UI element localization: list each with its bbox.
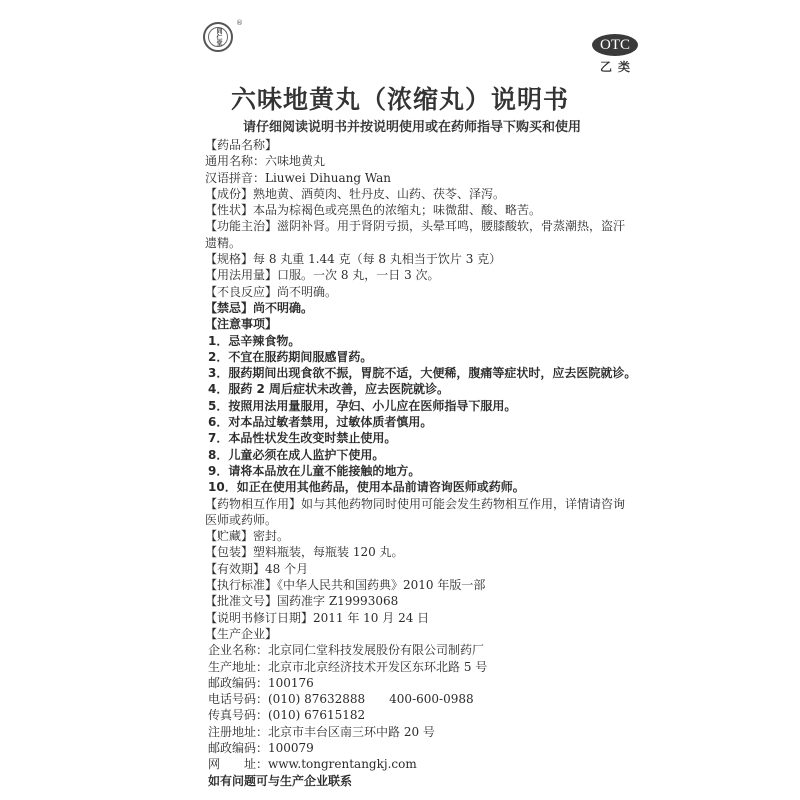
manufacturer-heading: 【生产企业】 — [205, 626, 645, 642]
ingredients: 【成份】熟地黄、酒萸肉、牡丹皮、山药、茯苓、泽泻。 — [205, 186, 645, 202]
postal-code: 邮政编码：100176 — [205, 675, 645, 691]
precaution-item: 5．按照用法用量服用，孕妇、小儿应在医师指导下服用。 — [205, 398, 645, 414]
website: 网 址：www.tongrentangkj.com — [205, 756, 645, 772]
contact-footer: 如有问题可与生产企业联系 — [205, 773, 645, 789]
precaution-item: 7．本品性状发生改变时禁止使用。 — [205, 430, 645, 446]
registered-address: 注册地址：北京市丰台区南三环中路 20 号 — [205, 724, 645, 740]
precaution-item: 2．不宜在服药期间服感冒药。 — [205, 349, 645, 365]
manufacturer-address: 生产地址：北京市北京经济技术开发区东环北路 5 号 — [205, 659, 645, 675]
properties: 【性状】本品为棕褐色或亮黑色的浓缩丸；味微甜、酸、略苦。 — [205, 202, 645, 218]
indications-line-2: 遗精。 — [205, 235, 645, 251]
generic-name: 通用名称：六味地黄丸 — [205, 153, 645, 169]
fax-number: 传真号码：(010) 67615182 — [205, 707, 645, 723]
document-title: 六味地黄丸（浓缩丸）说明书 — [0, 80, 800, 116]
phone-numbers: 电话号码：(010) 87632888 400-600-0988 — [205, 691, 645, 707]
precaution-item: 8．儿童必须在成人监护下使用。 — [205, 447, 645, 463]
pinyin-name: 汉语拼音：Liuwei Dihuang Wan — [205, 170, 645, 186]
precaution-item: 6．对本品过敏者禁用，过敏体质者慎用。 — [205, 414, 645, 430]
registered-postal-code: 邮政编码：100079 — [205, 740, 645, 756]
interactions-line-1: 【药物相互作用】如与其他药物同时使用可能会发生药物相互作用，详情请咨询 — [205, 496, 645, 512]
logo-text: 同仁堂 — [208, 27, 228, 47]
manufacturer-name: 企业名称：北京同仁堂科技发展股份有限公司制药厂 — [205, 642, 645, 658]
leaflet-body: 【药品名称】 通用名称：六味地黄丸 汉语拼音：Liuwei Dihuang Wa… — [205, 137, 645, 789]
specification: 【规格】每 8 丸重 1.44 克（每 8 丸相当于饮片 3 克） — [205, 251, 645, 267]
contraindications: 【禁忌】尚不明确。 — [205, 300, 645, 316]
otc-badge: OTC — [592, 34, 638, 56]
drug-name-heading: 【药品名称】 — [205, 137, 645, 153]
validity: 【有效期】48 个月 — [205, 561, 645, 577]
precautions-heading: 【注意事项】 — [205, 316, 645, 332]
precaution-item: 4．服药 2 周后症状未改善，应去医院就诊。 — [205, 381, 645, 397]
interactions-line-2: 医师或药师。 — [205, 512, 645, 528]
precaution-item: 3．服药期间出现食欲不振，胃脘不适，大便稀，腹痛等症状时，应去医院就诊。 — [205, 365, 645, 381]
standard: 【执行标准】《中华人民共和国药典》2010 年版一部 — [205, 577, 645, 593]
precaution-item: 9．请将本品放在儿童不能接触的地方。 — [205, 463, 645, 479]
document-subtitle: 请仔细阅读说明书并按说明使用或在药师指导下购买和使用 — [0, 116, 800, 135]
storage: 【贮藏】密封。 — [205, 528, 645, 544]
brand-logo: 同仁堂 — [203, 22, 233, 52]
registered-mark: ® — [236, 19, 243, 27]
otc-class-label: 乙类 — [600, 58, 636, 75]
dosage: 【用法用量】口服。一次 8 丸，一日 3 次。 — [205, 267, 645, 283]
packaging: 【包装】塑料瓶装，每瓶装 120 丸。 — [205, 544, 645, 560]
approval-number: 【批准文号】国药准字 Z19993068 — [205, 593, 645, 609]
indications-line-1: 【功能主治】滋阴补肾。用于肾阴亏损，头晕耳鸣，腰膝酸软，骨蒸潮热，盗汗 — [205, 218, 645, 234]
precaution-item: 1．忌辛辣食物。 — [205, 333, 645, 349]
adverse-reactions: 【不良反应】尚不明确。 — [205, 284, 645, 300]
revision-date: 【说明书修订日期】2011 年 10 月 24 日 — [205, 610, 645, 626]
precaution-item: 10．如正在使用其他药品，使用本品前请咨询医师或药师。 — [205, 479, 645, 495]
